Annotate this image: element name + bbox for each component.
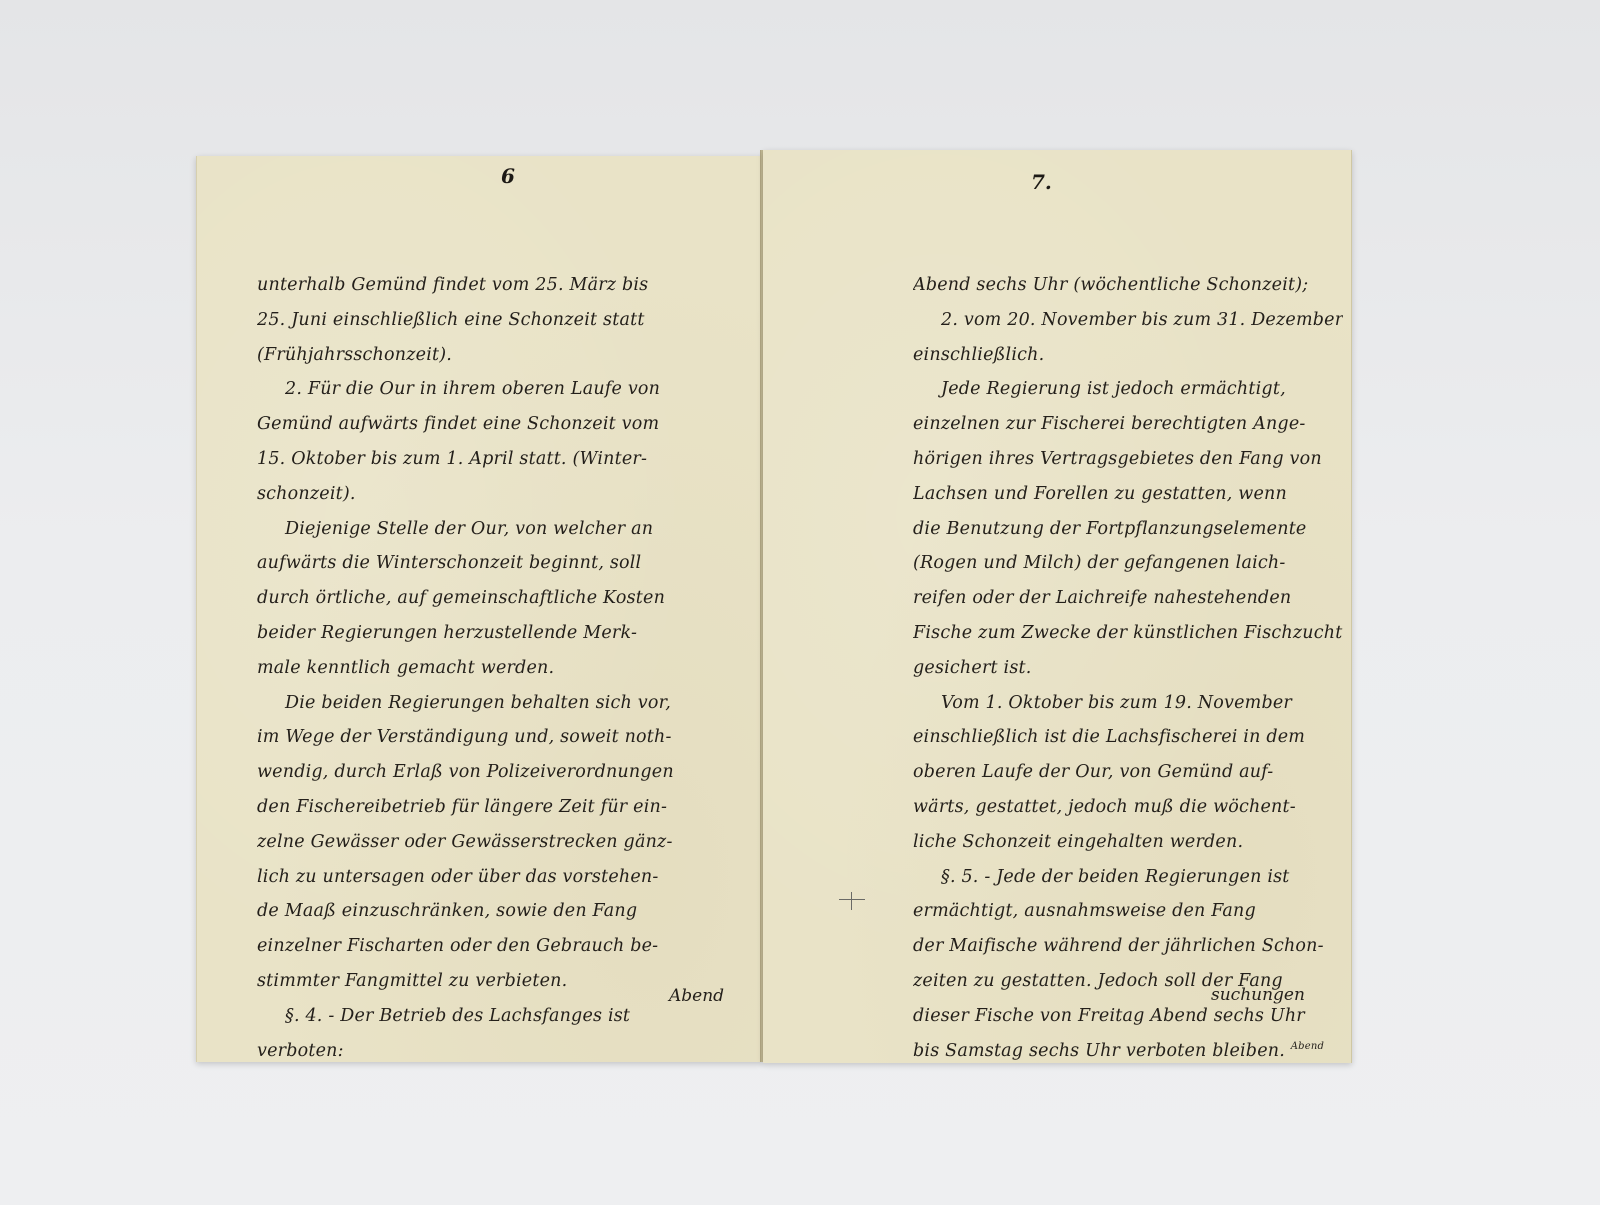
document-spread: 6 unterhalb Gemünd findet vom 25. März b… bbox=[0, 0, 1600, 1205]
catchword: Abend bbox=[669, 986, 724, 1006]
text-line: bis Samstag sechs Uhr verboten bleiben. … bbox=[913, 1034, 1343, 1063]
text-line: male kenntlich gemacht werden. bbox=[257, 651, 757, 686]
text-line: gesichert ist. bbox=[913, 651, 1343, 686]
text-line: der Maifische während der jährlichen Sch… bbox=[913, 929, 1343, 964]
text-line: 25. Juni einschließlich eine Schonzeit s… bbox=[257, 303, 757, 338]
text-line: Jede Regierung ist jedoch ermächtigt, bbox=[913, 372, 1343, 407]
text-line: hörigen ihres Vertragsgebietes den Fang … bbox=[913, 442, 1343, 477]
text-line: Die beiden Regierungen behalten sich vor… bbox=[257, 686, 757, 721]
text-line: beider Regierungen herzustellende Merk- bbox=[257, 616, 757, 651]
text-line: einzelner Fischarten oder den Gebrauch b… bbox=[257, 929, 757, 964]
catchword: suchungen bbox=[1211, 985, 1305, 1005]
text-line: lich zu untersagen oder über das vorsteh… bbox=[257, 860, 757, 895]
text-line: wärts, gestattet, jedoch muß die wöchent… bbox=[913, 790, 1343, 825]
text-line: schonzeit). bbox=[257, 477, 757, 512]
pencil-cross-mark bbox=[839, 892, 865, 912]
text-line: liche Schonzeit eingehalten werden. bbox=[913, 825, 1343, 860]
text-line: die Benutzung der Fortpflanzungselemente bbox=[913, 512, 1343, 547]
text-line: zelne Gewässer oder Gewässerstrecken gän… bbox=[257, 825, 757, 860]
text-line: de Maaß einzuschränken, sowie den Fang bbox=[257, 894, 757, 929]
page-number: 7. bbox=[1031, 170, 1052, 194]
text-line: (Frühjahrsschonzeit). bbox=[257, 338, 757, 373]
right-page-text: Abend sechs Uhr (wöchentliche Schonzeit)… bbox=[913, 268, 1343, 1063]
left-page-text: unterhalb Gemünd findet vom 25. März bis… bbox=[257, 268, 757, 1062]
text-line: reifen oder der Laichreife nahestehenden bbox=[913, 581, 1343, 616]
text-line: Lachsen und Forellen zu gestatten, wenn bbox=[913, 477, 1343, 512]
text-line: oberen Laufe der Our, von Gemünd auf- bbox=[913, 755, 1343, 790]
text-line: im Wege der Verständigung und, soweit no… bbox=[257, 720, 757, 755]
interlinear-insertion: Abend bbox=[1291, 1041, 1324, 1052]
text-line: einschließlich. bbox=[913, 338, 1343, 373]
text-line: verboten: bbox=[257, 1034, 757, 1062]
text-line: 15. Oktober bis zum 1. April statt. (Win… bbox=[257, 442, 757, 477]
text-line: Fische zum Zwecke der künstlichen Fischz… bbox=[913, 616, 1343, 651]
text-line: wendig, durch Erlaß von Polizeiverordnun… bbox=[257, 755, 757, 790]
text-line: einschließlich ist die Lachsfischerei in… bbox=[913, 720, 1343, 755]
left-page: 6 unterhalb Gemünd findet vom 25. März b… bbox=[196, 156, 763, 1062]
text-line: Vom 1. Oktober bis zum 19. November bbox=[913, 686, 1343, 721]
text-line: den Fischereibetrieb für längere Zeit fü… bbox=[257, 790, 757, 825]
section-heading-line: §. 5. - Jede der beiden Regierungen ist bbox=[913, 860, 1343, 895]
text-line: einzelnen zur Fischerei berechtigten Ang… bbox=[913, 407, 1343, 442]
page-number: 6 bbox=[501, 164, 515, 188]
text-line: unterhalb Gemünd findet vom 25. März bis bbox=[257, 268, 757, 303]
text-line: durch örtliche, auf gemeinschaftliche Ko… bbox=[257, 581, 757, 616]
text-line-content: bis Samstag sechs Uhr verboten bleiben. bbox=[913, 1041, 1285, 1061]
text-line: (Rogen und Milch) der gefangenen laich- bbox=[913, 546, 1343, 581]
text-line: Abend sechs Uhr (wöchentliche Schonzeit)… bbox=[913, 268, 1343, 303]
text-line: aufwärts die Winterschonzeit beginnt, so… bbox=[257, 546, 757, 581]
text-line: Gemünd aufwärts findet eine Schonzeit vo… bbox=[257, 407, 757, 442]
text-line: Diejenige Stelle der Our, von welcher an bbox=[257, 512, 757, 547]
text-line: 2. vom 20. November bis zum 31. Dezember bbox=[913, 303, 1343, 338]
right-page: 7. Abend sechs Uhr (wöchentliche Schonze… bbox=[763, 150, 1352, 1063]
text-line: ermächtigt, ausnahmsweise den Fang bbox=[913, 894, 1343, 929]
text-line: 2. Für die Our in ihrem oberen Laufe von bbox=[257, 372, 757, 407]
